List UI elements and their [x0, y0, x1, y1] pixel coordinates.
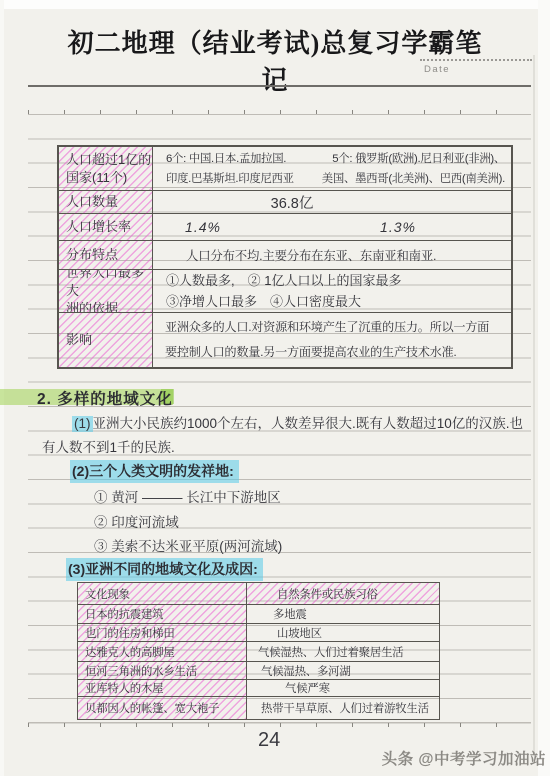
date-dotted-line: [420, 59, 532, 61]
paper-edge-top: [0, 0, 550, 9]
section2-paragraph1-line1: (1)亚洲大小民族约1000个左右，人数差异很大.既有人数超过10亿的汉族.也: [72, 412, 523, 432]
paper-edge-left: [0, 0, 4, 776]
civilization-item-2: ② 印度河流域: [94, 511, 179, 531]
countries-line1-right: 5个: 俄罗斯(欧洲).尼日利亚(非洲)、: [332, 149, 505, 169]
section2-heading: 2. 多样的地域文化: [37, 387, 173, 409]
row-label-countries: 人口超过1亿的 国家(11个): [59, 147, 152, 190]
civilization-item-1: ① 黄河 ——— 长江中下游地区: [94, 486, 281, 506]
section2-paragraph1-line2: 有人数不到1千的民族.: [42, 436, 175, 456]
culture-table: 文化现象 自然条件或民族习俗 日本的抗震建筑 多地震 也门的住房和梯田 山坡地区…: [77, 582, 440, 720]
row-value-population: 36.8亿: [152, 190, 511, 213]
paper-edge-right: [538, 0, 550, 776]
countries-line1-left: 6个: 中国.日本.孟加拉国.: [166, 149, 286, 169]
watermark: 头条 @中考学习加油站: [382, 747, 546, 769]
page-number: 24: [258, 729, 280, 752]
culture-row-cause: 气候湿热、人们过着聚居生活: [246, 641, 439, 661]
growth-rate-world: 1.3%: [358, 219, 438, 235]
countries-line2-right: 美国、墨西哥(北美洲)、巴西(南美洲).: [322, 169, 505, 189]
culture-row-cause: 气候湿热、多河湖: [246, 661, 439, 679]
section2-paragraph3-heading: (3)亚洲不同的地域文化及成因:: [66, 558, 263, 581]
culture-row-cause: 山坡地区: [246, 623, 439, 641]
culture-row-phenomenon: 恒河三角洲的水乡生活: [78, 661, 246, 679]
tick-marks-bottom: [28, 723, 531, 727]
row-value-distribution: 人口分布不均.主要分布在东亚、东南亚和南亚.: [152, 240, 511, 269]
section2-paragraph2-heading: (2)三个人类文明的发祥地:: [70, 460, 239, 483]
population-table: 人口超过1亿的 国家(11个) 6个: 中国.日本.孟加拉国. 5个: 俄罗斯(…: [57, 145, 513, 369]
row-label-most-populous: 世界人口最多大 洲的依据: [59, 269, 152, 312]
row-label-distribution: 分布特点: [59, 240, 152, 269]
row-value-growth-rate: 1.4% 1.3%: [152, 213, 511, 240]
row-value-most-populous: ①人数最多, ② 1亿人口以上的国家最多 ③净增人口最多 ④人口密度最大: [152, 269, 511, 312]
growth-rate-asia: 1.4%: [163, 219, 243, 235]
row-label-population: 人口数量: [59, 190, 152, 213]
row-value-countries: 6个: 中国.日本.孟加拉国. 5个: 俄罗斯(欧洲).尼日利亚(非洲)、 印度…: [152, 147, 511, 190]
row-label-impact: 影响: [59, 312, 152, 367]
culture-row-phenomenon: 贝都因人的帐篷、宽大袍子: [78, 696, 246, 719]
culture-header-left: 文化现象: [78, 583, 246, 604]
tag-1: (1): [72, 416, 93, 432]
header-rule: [28, 85, 531, 87]
civilization-item-3: ③ 美索不达米亚平原(两河流域): [94, 535, 282, 555]
culture-row-cause: 气候严寒: [246, 679, 439, 696]
date-label: Date: [424, 64, 450, 75]
culture-row-cause: 多地震: [246, 604, 439, 623]
culture-row-phenomenon: 达雅克人的高脚屋: [78, 641, 246, 661]
culture-row-phenomenon: 也门的住房和梯田: [78, 623, 246, 641]
notebook-page: 初二地理（结业考试)总复习学霸笔记 Date 人口超过1亿的 国家(11个) 6…: [0, 0, 550, 776]
culture-row-phenomenon: 日本的抗震建筑: [78, 604, 246, 623]
row-value-impact: 亚洲众多的人口.对资源和环境产生了沉重的压力。所以一方面 要控制人口的数量.另一…: [152, 312, 511, 367]
paper-crease: [533, 55, 535, 755]
row-label-growth-rate: 人口增长率: [59, 213, 152, 240]
culture-row-cause: 热带干旱草原、人们过着游牧生活: [246, 696, 439, 719]
culture-row-phenomenon: 亚库特人的木屋: [78, 679, 246, 696]
countries-line2-left: 印度.巴基斯坦.印度尼西亚: [166, 169, 294, 189]
culture-header-right: 自然条件或民族习俗: [246, 583, 439, 604]
